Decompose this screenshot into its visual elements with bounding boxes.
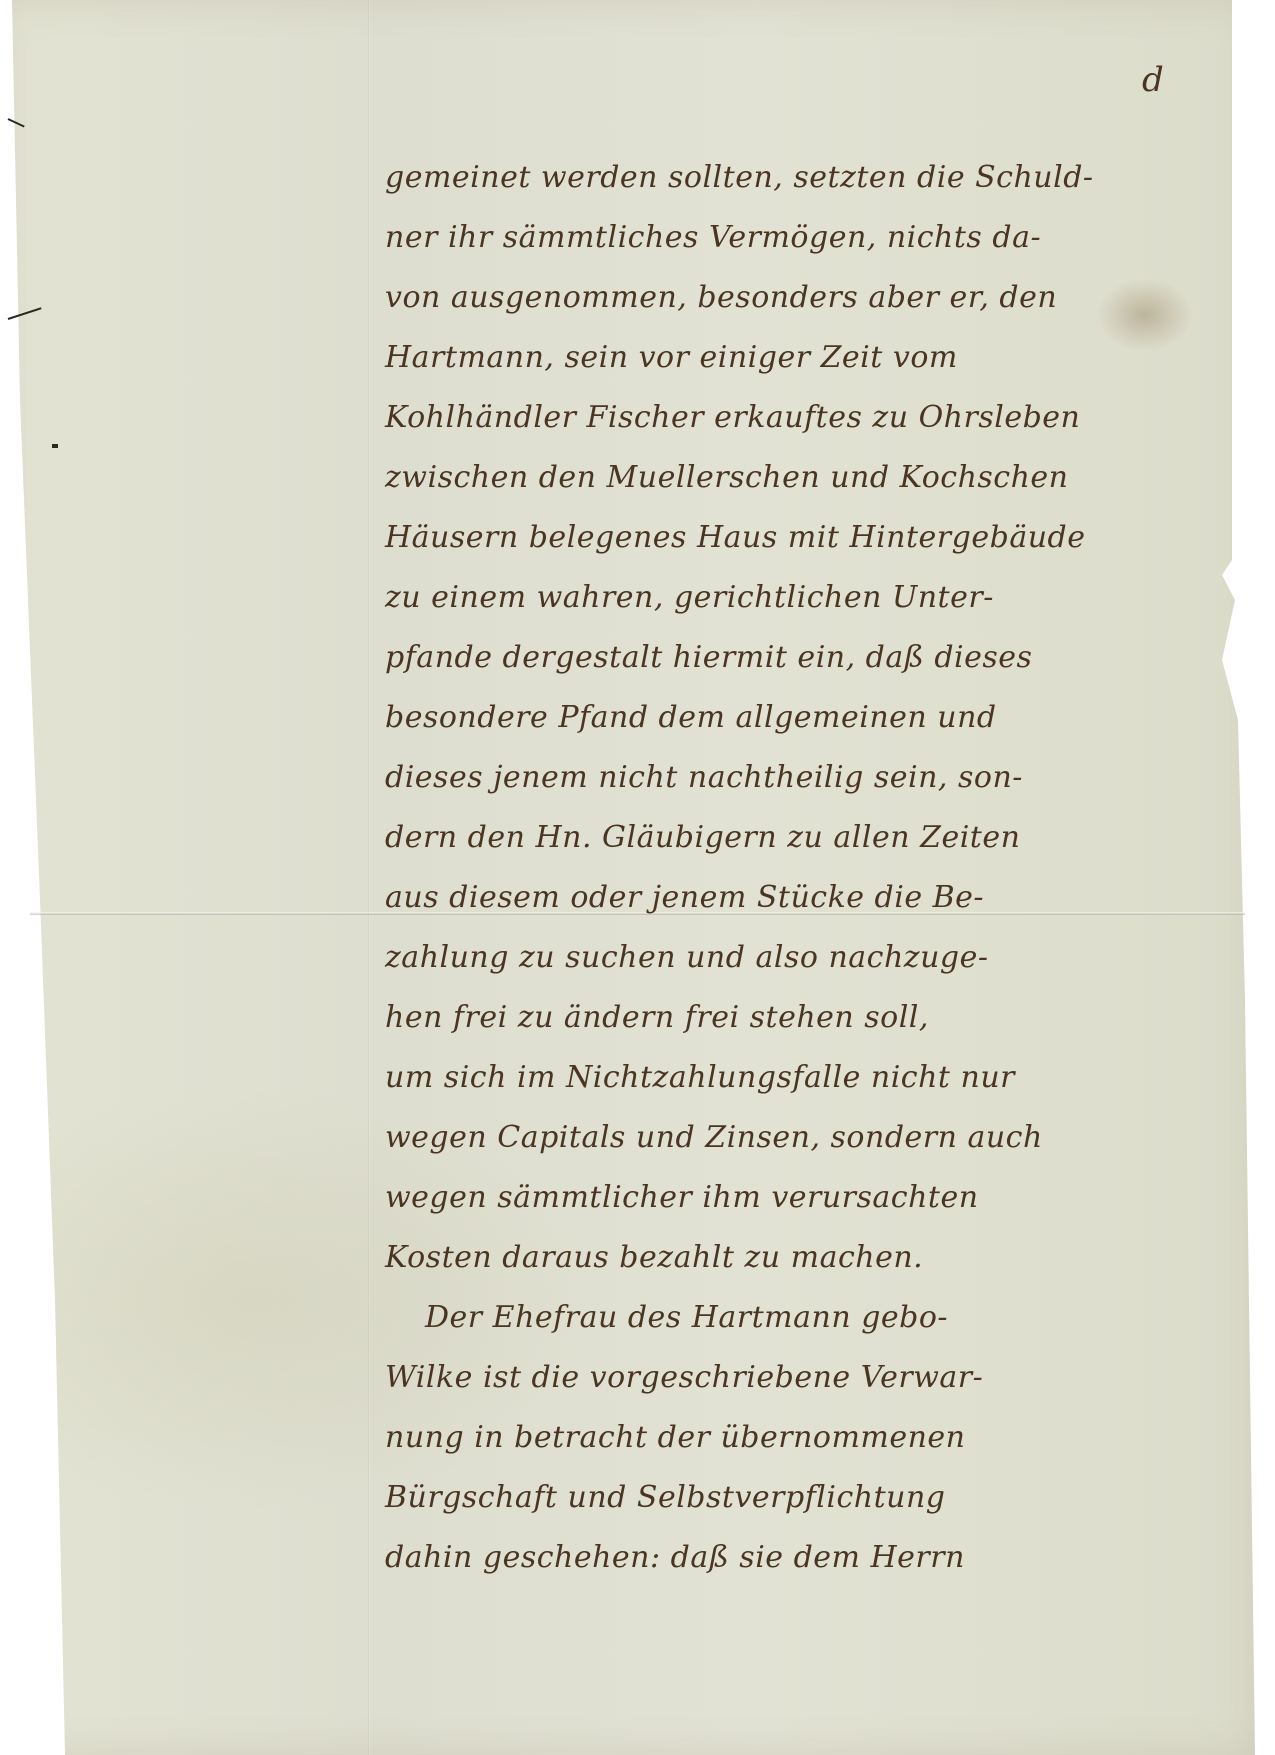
text-line: Hartmann, sein vor einiger Zeit vom [385, 328, 1235, 388]
text-line: Kohlhändler Fischer erkauftes zu Ohrsleb… [385, 388, 1235, 448]
text-line: um sich im Nichtzahlungsfalle nicht nur [385, 1048, 1235, 1108]
top-right-ink-mark: d [1142, 60, 1164, 100]
text-line: Häusern belegenes Haus mit Hintergebäude [385, 508, 1235, 568]
text-line: besondere Pfand dem allgemeinen und [385, 688, 1235, 748]
text-line: Wilke ist die vorgeschriebene Verwar- [385, 1348, 1235, 1408]
text-line: hen frei zu ändern frei stehen soll, [385, 988, 1235, 1048]
text-line: aus diesem oder jenem Stücke die Be- [385, 868, 1235, 928]
text-line-paragraph-start: Der Ehefrau des Hartmann gebo- [385, 1288, 1235, 1348]
text-line: zwischen den Muellerschen und Kochschen [385, 448, 1235, 508]
text-line: ner ihr sämmtliches Vermögen, nichts da- [385, 208, 1235, 268]
text-line: zu einem wahren, gerichtlichen Unter- [385, 568, 1235, 628]
text-line: gemeinet werden sollten, setzten die Sch… [385, 148, 1235, 208]
text-line: dieses jenem nicht nachtheilig sein, son… [385, 748, 1235, 808]
edge-ink-mark [52, 444, 58, 448]
text-line: nung in betracht der übernommenen [385, 1408, 1235, 1468]
scan-canvas: d gemeinet werden sollten, setzten die S… [0, 0, 1275, 1755]
text-line: zahlung zu suchen und also nachzuge- [385, 928, 1235, 988]
handwritten-text: gemeinet werden sollten, setzten die Sch… [385, 148, 1235, 1588]
text-line: Kosten daraus bezahlt zu machen. [385, 1228, 1235, 1288]
text-line: wegen sämmtlicher ihm verursachten [385, 1168, 1235, 1228]
vertical-fold-line [368, 0, 370, 1755]
text-line: dern den Hn. Gläubigern zu allen Zeiten [385, 808, 1235, 868]
text-line: von ausgenommen, besonders aber er, den [385, 268, 1235, 328]
text-line: wegen Capitals und Zinsen, sondern auch [385, 1108, 1235, 1168]
text-line: Bürgschaft und Selbstverpflichtung [385, 1468, 1235, 1528]
text-line: dahin geschehen: daß sie dem Herrn [385, 1528, 1235, 1588]
text-line: pfande dergestalt hiermit ein, daß diese… [385, 628, 1235, 688]
